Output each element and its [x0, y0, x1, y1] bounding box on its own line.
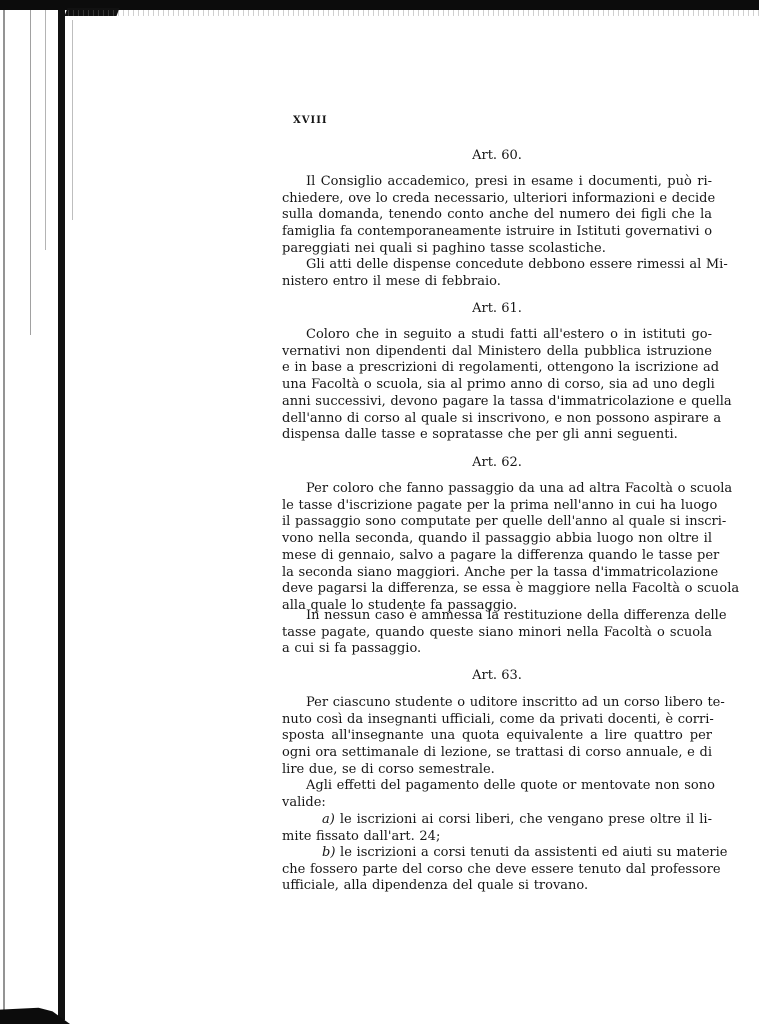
text-line: nuto così da insegnanti ufficiali, come …	[282, 712, 712, 729]
text-line: famiglia fa contemporaneamente istruire …	[282, 224, 712, 241]
article-63-item-a: a) le iscrizioni ai corsi liberi, che ve…	[282, 812, 712, 845]
article-heading-63: Art. 63.	[282, 668, 712, 683]
text-line: lire due, se di corso semestrale.	[282, 762, 712, 779]
text-line: In nessun caso è ammessa la restituzione…	[282, 608, 712, 625]
page-number: XVIII	[293, 115, 328, 126]
scan-binding-shadow	[58, 0, 65, 1020]
text-line: sulla domanda, tenendo conto anche del n…	[282, 207, 712, 224]
text-line: b) le iscrizioni a corsi tenuti da assis…	[282, 845, 712, 862]
text-line: a) le iscrizioni ai corsi liberi, che ve…	[282, 812, 712, 829]
text-line: anni successivi, devono pagare la tassa …	[282, 394, 712, 411]
article-60-paragraph-1: Il Consiglio accademico, presi in esame …	[282, 174, 712, 258]
text-line: pareggiati nei quali si paghino tasse sc…	[282, 241, 712, 258]
text-line: vernativi non dipendenti dal Ministero d…	[282, 344, 712, 361]
scan-binding-margin	[0, 0, 80, 1024]
text-line: nistero entro il mese di febbraio.	[282, 274, 712, 291]
text-line: a cui si fa passaggio.	[282, 641, 712, 658]
text-line: Il Consiglio accademico, presi in esame …	[282, 174, 712, 191]
text-line: vono nella seconda, quando il passaggio …	[282, 531, 712, 548]
article-heading-60: Art. 60.	[282, 148, 712, 163]
list-marker: b)	[322, 845, 335, 860]
text-line: ogni ora settimanale di lezione, se trat…	[282, 745, 712, 762]
article-heading-62: Art. 62.	[282, 455, 712, 470]
text-line: dell'anno di corso al quale si inscrivon…	[282, 411, 712, 428]
text-line: Agli effetti del pagamento delle quote o…	[282, 778, 712, 795]
text-line: tasse pagate, quando queste siano minori…	[282, 625, 712, 642]
text-line: che fossero parte del corso che deve ess…	[282, 862, 712, 879]
text-line: Per coloro che fanno passaggio da una ad…	[282, 481, 712, 498]
text-line: valide:	[282, 795, 712, 812]
article-61-paragraph-1: Coloro che in seguito a studi fatti all'…	[282, 327, 712, 444]
text-line: e in base a prescrizioni di regolamenti,…	[282, 360, 712, 377]
text-line: mite fissato dall'art. 24;	[282, 829, 712, 846]
text-line: una Facoltà o scuola, sia al primo anno …	[282, 377, 712, 394]
article-heading-61: Art. 61.	[282, 301, 712, 316]
article-63-paragraph-1: Per ciascuno studente o uditore inscritt…	[282, 695, 712, 779]
text-line: la seconda siano maggiori. Anche per la …	[282, 565, 712, 582]
text-line: le tasse d'iscrizione pagate per la prim…	[282, 498, 712, 515]
text-line: il passaggio sono computate per quelle d…	[282, 514, 712, 531]
scan-top-noise	[68, 10, 759, 16]
scan-noise	[45, 10, 46, 250]
text-line: chiedere, ove lo creda necessario, ulter…	[282, 191, 712, 208]
article-62-paragraph-2: In nessun caso è ammessa la restituzione…	[282, 608, 712, 658]
text-line: Per ciascuno studente o uditore inscritt…	[282, 695, 712, 712]
scan-binding-edge	[3, 10, 5, 1010]
text-line: mese di gennaio, salvo a pagare la diffe…	[282, 548, 712, 565]
text-line: ufficiale, alla dipendenza del quale si …	[282, 878, 712, 895]
scan-noise	[72, 20, 73, 220]
text-line: Coloro che in seguito a studi fatti all'…	[282, 327, 712, 344]
article-63-paragraph-2: Agli effetti del pagamento delle quote o…	[282, 778, 712, 811]
text-line: deve pagarsi la differenza, se essa è ma…	[282, 581, 712, 598]
list-marker: a)	[322, 812, 335, 827]
text-line: sposta all'insegnante una quota equivale…	[282, 728, 712, 745]
text-line: Gli atti delle dispense concedute debbon…	[282, 257, 712, 274]
article-63-item-b: b) le iscrizioni a corsi tenuti da assis…	[282, 845, 712, 895]
scan-noise	[30, 5, 31, 335]
article-60-paragraph-2: Gli atti delle dispense concedute debbon…	[282, 257, 712, 290]
text-line: dispensa dalle tasse e sopratasse che pe…	[282, 427, 712, 444]
article-62-paragraph-1: Per coloro che fanno passaggio da una ad…	[282, 481, 712, 615]
